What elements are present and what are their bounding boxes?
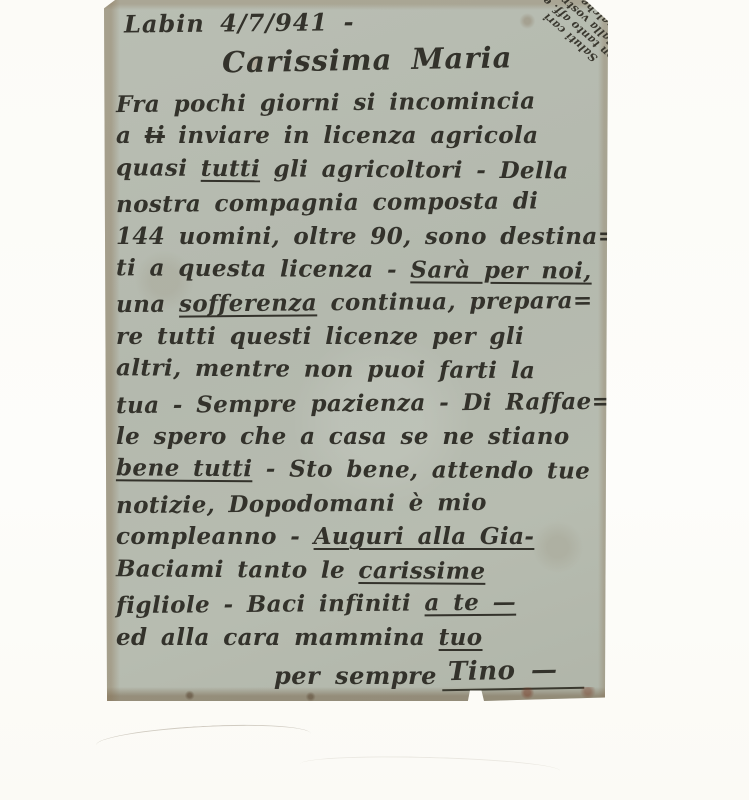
signature: Tino — — [442, 655, 584, 691]
letter-line: le spero che a casa se ne stiano — [116, 420, 602, 453]
dateline: Labin 4/7/941 - — [124, 4, 608, 38]
letter-text: tua - Sempre pazienza - Di Raffae= — [116, 387, 608, 418]
letter-line: una sofferenza continua, prepara= — [116, 284, 602, 322]
letter-text: inviare in licenza agricola — [165, 122, 539, 149]
closing-row: per sempre Tino — — [274, 656, 598, 690]
letter-text: Auguri alla Gia- — [314, 523, 535, 550]
letter-text: continua, prepara= — [317, 287, 593, 316]
letter-text: - Sto bene, attendo tue — [252, 456, 590, 485]
scanner-background: Saluti caricon tanto aff. eddalla vostra… — [0, 0, 749, 800]
scanner-scratch — [300, 754, 560, 782]
crossed-out-word: ti — [145, 122, 165, 149]
letter-text: ti a questa licenza - — [116, 254, 411, 283]
letter-text: Baciami tanto le — [116, 555, 359, 584]
letter-line: figliole - Baci infiniti a te — — [116, 585, 602, 623]
letter-text: sofferenza — [179, 290, 317, 318]
letter-text: le spero che a casa se ne stiano — [116, 423, 570, 450]
letter-text: Fra pochi giorni si incomincia — [116, 87, 536, 118]
postcard: Saluti caricon tanto aff. eddalla vostra… — [104, 0, 608, 701]
letter-line: 144 uomini, oltre 90, sono destina= — [116, 220, 602, 253]
scanner-scratch — [95, 720, 311, 758]
aged-edge-specks — [104, 687, 608, 701]
letter-text: 144 uomini, oltre 90, sono destina= — [116, 223, 608, 250]
letter-line: re tutti questi licenze per gli — [116, 320, 602, 353]
letter-line: bene tutti - Sto bene, attendo tue — [116, 452, 602, 489]
letter-text: quasi — [116, 154, 201, 182]
letter-text: altri, mentre non puoi farti la — [116, 355, 535, 385]
letter-line: compleanno - Auguri alla Gia- — [116, 520, 602, 553]
letter-text: bene tutti — [116, 455, 253, 483]
letter-line: quasi tutti gli agricoltori - Della — [116, 151, 602, 188]
letter-text: a — [116, 122, 145, 149]
letter-text: tutti — [201, 155, 261, 182]
letter-line: ti a questa licenza - Sarà per noi, — [116, 251, 602, 288]
letter-line: tua - Sempre pazienza - Di Raffae= — [116, 385, 602, 423]
letter-line: nostra compagnia composta di — [116, 184, 602, 222]
letter-body: Fra pochi giorni si incominciaa ti invia… — [116, 86, 602, 654]
letter-line: a ti inviare in licenza agricola — [116, 119, 602, 152]
letter-text: notizie, Dopodomani è mio — [116, 489, 487, 519]
letter-text: gli agricoltori - Della — [260, 155, 569, 184]
letter-text: ed alla cara mammina — [116, 624, 439, 651]
letter-text: una — [116, 291, 179, 319]
letter-text: Sarà per noi, — [410, 256, 592, 284]
letter-line: Fra pochi giorni si incomincia — [116, 84, 602, 122]
postcard-surface: Saluti caricon tanto aff. eddalla vostra… — [104, 0, 608, 701]
letter-text: figliole - Baci infiniti — [116, 590, 425, 620]
salutation: Carissima Maria — [222, 39, 608, 80]
letter-text: nostra compagnia composta di — [116, 188, 539, 219]
letter-line: ed alla cara mammina tuo — [116, 621, 602, 654]
letter-line: notizie, Dopodomani è mio — [116, 485, 602, 523]
letter-text: carissime — [358, 557, 485, 585]
letter-line: altri, mentre non puoi farti la — [116, 352, 602, 389]
letter-text: tuo — [439, 624, 483, 651]
letter-line: Baciami tanto le carissime — [116, 552, 602, 589]
closing-phrase: per sempre — [274, 661, 437, 690]
letter-text: re tutti questi licenze per gli — [116, 323, 524, 350]
letter-text: compleanno - — [116, 523, 314, 550]
letter-text: a te — — [424, 589, 516, 617]
